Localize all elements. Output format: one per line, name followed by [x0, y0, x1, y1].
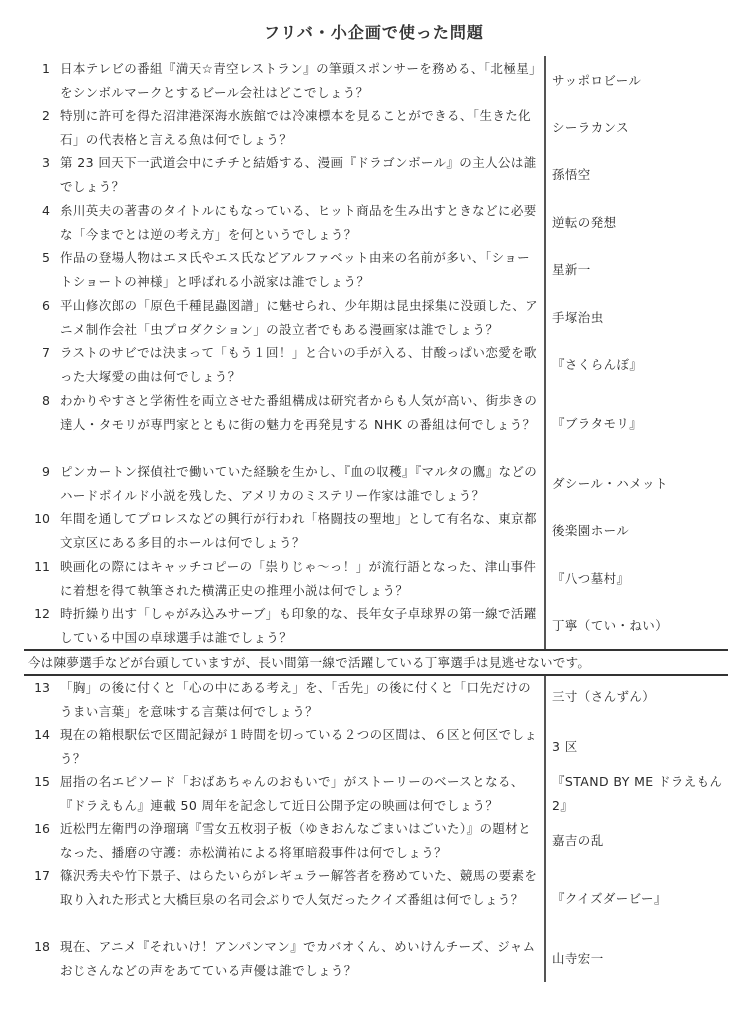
question-row: 6 平山修次郎の「原色千種昆蟲図譜」に魅せられ、少年期は昆虫採集に没頭した、アニ…	[24, 294, 728, 342]
answer-text: 逆転の発想	[552, 211, 728, 235]
question-row: 3 第 23 回天下一武道会中にチチと結婚する、漫画『ドラゴンボール』の主人公は…	[24, 151, 728, 199]
question-text: 近松門左衛門の浄瑠璃『雪女五枚羽子板（ゆきおんなごまいはごいた）』の題材となった…	[60, 817, 542, 865]
question-text: 映画化の際にはキャッチコピーの「祟りじゃ〜っ！」が流行語となった、津山事件に着想…	[60, 555, 542, 603]
question-number: 4	[24, 199, 50, 223]
answer-text: 星新一	[552, 258, 728, 282]
note-top-border	[24, 649, 728, 651]
answer-text: 丁寧（てい・ねい）	[552, 614, 728, 638]
question-text: わかりやすさと学術性を両立させた番組構成は研究者からも人気が高い、街歩きの達人・…	[60, 389, 542, 437]
answer-text: 『ブラタモリ』	[552, 412, 728, 436]
question-number: 8	[24, 389, 50, 413]
question-text: 平山修次郎の「原色千種昆蟲図譜」に魅せられ、少年期は昆虫採集に没頭した、アニメ制…	[60, 294, 542, 342]
question-number: 2	[24, 104, 50, 128]
question-row: 1 日本テレビの番組『満天☆青空レストラン』の筆頭スポンサーを務める、「北極星」…	[24, 57, 728, 105]
question-row: 17 篠沢秀夫や竹下景子、はらたいらがレギュラー解答者を務めていた、競馬の要素を…	[24, 864, 728, 936]
question-row: 2 特別に許可を得た沼津港深海水族館では冷凍標本を見ることができる、「生きた化石…	[24, 104, 728, 152]
commentary-note: 今は陳夢選手などが台頭していますが、長い間第一線で活躍している丁寧選手は見逃せな…	[28, 652, 728, 674]
question-number: 12	[24, 602, 50, 626]
question-row: 11 映画化の際にはキャッチコピーの「祟りじゃ〜っ！」が流行語となった、津山事件…	[24, 555, 728, 603]
question-text: 「胸」の後に付くと「心の中にある考え」を、「舌先」の後に付くと「口先だけのうまい…	[60, 676, 542, 724]
answer-text: 山寺宏一	[552, 947, 728, 971]
question-row: 9 ピンカートン探偵社で働いていた経験を生かし、『血の収穫』『マルタの鷹』などの…	[24, 460, 728, 508]
question-number: 3	[24, 151, 50, 175]
question-text: ラストのサビでは決まって「もう１回！」と合いの手が入る、甘酸っぱい恋愛を歌った大…	[60, 341, 542, 389]
question-text: 現在の箱根駅伝で区間記録が１時間を切っている２つの区間は、６区と何区でしょう？	[60, 723, 542, 771]
answer-text: ダシール・ハメット	[552, 472, 728, 496]
question-number: 16	[24, 817, 50, 841]
question-row: 8 わかりやすさと学術性を両立させた番組構成は研究者からも人気が高い、街歩きの達…	[24, 389, 728, 461]
answer-text: 『八つ墓村』	[552, 567, 728, 591]
answer-text: 『さくらんぼ』	[552, 353, 728, 377]
question-row: 4 糸川英夫の著書のタイトルにもなっている、ヒット商品を生み出すときなどに必要な…	[24, 199, 728, 247]
question-text: 作品の登場人物はエヌ氏やエス氏などアルファベット由来の名前が多い、「ショートショ…	[60, 246, 542, 294]
question-row: 13 「胸」の後に付くと「心の中にある考え」を、「舌先」の後に付くと「口先だけの…	[24, 676, 728, 724]
question-text: 篠沢秀夫や竹下景子、はらたいらがレギュラー解答者を務めていた、競馬の要素を取り入…	[60, 864, 542, 912]
question-row: 15 屈指の名エピソード「おばあちゃんのおもいで」がストーリーのベースとなる、『…	[24, 770, 728, 818]
question-row: 5 作品の登場人物はエヌ氏やエス氏などアルファベット由来の名前が多い、「ショート…	[24, 246, 728, 294]
answer-text: 後楽園ホール	[552, 519, 728, 543]
answer-text: 三寸（さんずん）	[552, 685, 728, 709]
question-row: 12 時折繰り出す「しゃがみ込みサーブ」も印象的な、長年女子卓球界の第一線で活躍…	[24, 602, 728, 650]
answer-text: 嘉吉の乱	[552, 829, 728, 853]
question-number: 10	[24, 507, 50, 531]
question-number: 7	[24, 341, 50, 365]
question-row: 16 近松門左衛門の浄瑠璃『雪女五枚羽子板（ゆきおんなごまいはごいた）』の題材と…	[24, 817, 728, 865]
question-number: 1	[24, 57, 50, 81]
question-text: ピンカートン探偵社で働いていた経験を生かし、『血の収穫』『マルタの鷹』などのハー…	[60, 460, 542, 508]
answer-text: 『クイズダービー』	[552, 887, 728, 911]
answer-text: シーラカンス	[552, 116, 728, 140]
question-text: 特別に許可を得た沼津港深海水族館では冷凍標本を見ることができる、「生きた化石」の…	[60, 104, 542, 152]
question-number: 13	[24, 676, 50, 700]
question-row: 10 年間を通してプロレスなどの興行が行われ「格闘技の聖地」として有名な、東京都…	[24, 507, 728, 555]
question-text: 糸川英夫の著書のタイトルにもなっている、ヒット商品を生み出すときなどに必要な「今…	[60, 199, 542, 247]
question-number: 6	[24, 294, 50, 318]
question-text: 現在、アニメ『それいけ！アンパンマン』でカバオくん、めいけんチーズ、ジャムおじさ…	[60, 935, 542, 983]
answer-text: 3 区	[552, 735, 728, 759]
question-text: 年間を通してプロレスなどの興行が行われ「格闘技の聖地」として有名な、東京都文京区…	[60, 507, 542, 555]
question-number: 11	[24, 555, 50, 579]
question-number: 9	[24, 460, 50, 484]
question-number: 18	[24, 935, 50, 959]
answer-text: サッポロビール	[552, 69, 728, 93]
answer-text: 『STAND BY ME ドラえもん 2』	[552, 770, 728, 818]
question-text: 日本テレビの番組『満天☆青空レストラン』の筆頭スポンサーを務める、「北極星」をシ…	[60, 57, 542, 105]
question-text: 時折繰り出す「しゃがみ込みサーブ」も印象的な、長年女子卓球界の第一線で活躍してい…	[60, 602, 542, 650]
answer-text: 手塚治虫	[552, 306, 728, 330]
question-text: 屈指の名エピソード「おばあちゃんのおもいで」がストーリーのベースとなる、『ドラえ…	[60, 770, 542, 818]
question-row: 7 ラストのサビでは決まって「もう１回！」と合いの手が入る、甘酸っぱい恋愛を歌っ…	[24, 341, 728, 389]
question-number: 17	[24, 864, 50, 888]
question-row: 18 現在、アニメ『それいけ！アンパンマン』でカバオくん、めいけんチーズ、ジャム…	[24, 935, 728, 983]
question-number: 5	[24, 246, 50, 270]
question-number: 15	[24, 770, 50, 794]
question-text: 第 23 回天下一武道会中にチチと結婚する、漫画『ドラゴンボール』の主人公は誰で…	[60, 151, 542, 199]
page-title: フリバ・小企画で使った問題	[0, 20, 748, 43]
answer-text: 孫悟空	[552, 163, 728, 187]
question-row: 14 現在の箱根駅伝で区間記録が１時間を切っている２つの区間は、６区と何区でしょ…	[24, 723, 728, 771]
question-number: 14	[24, 723, 50, 747]
